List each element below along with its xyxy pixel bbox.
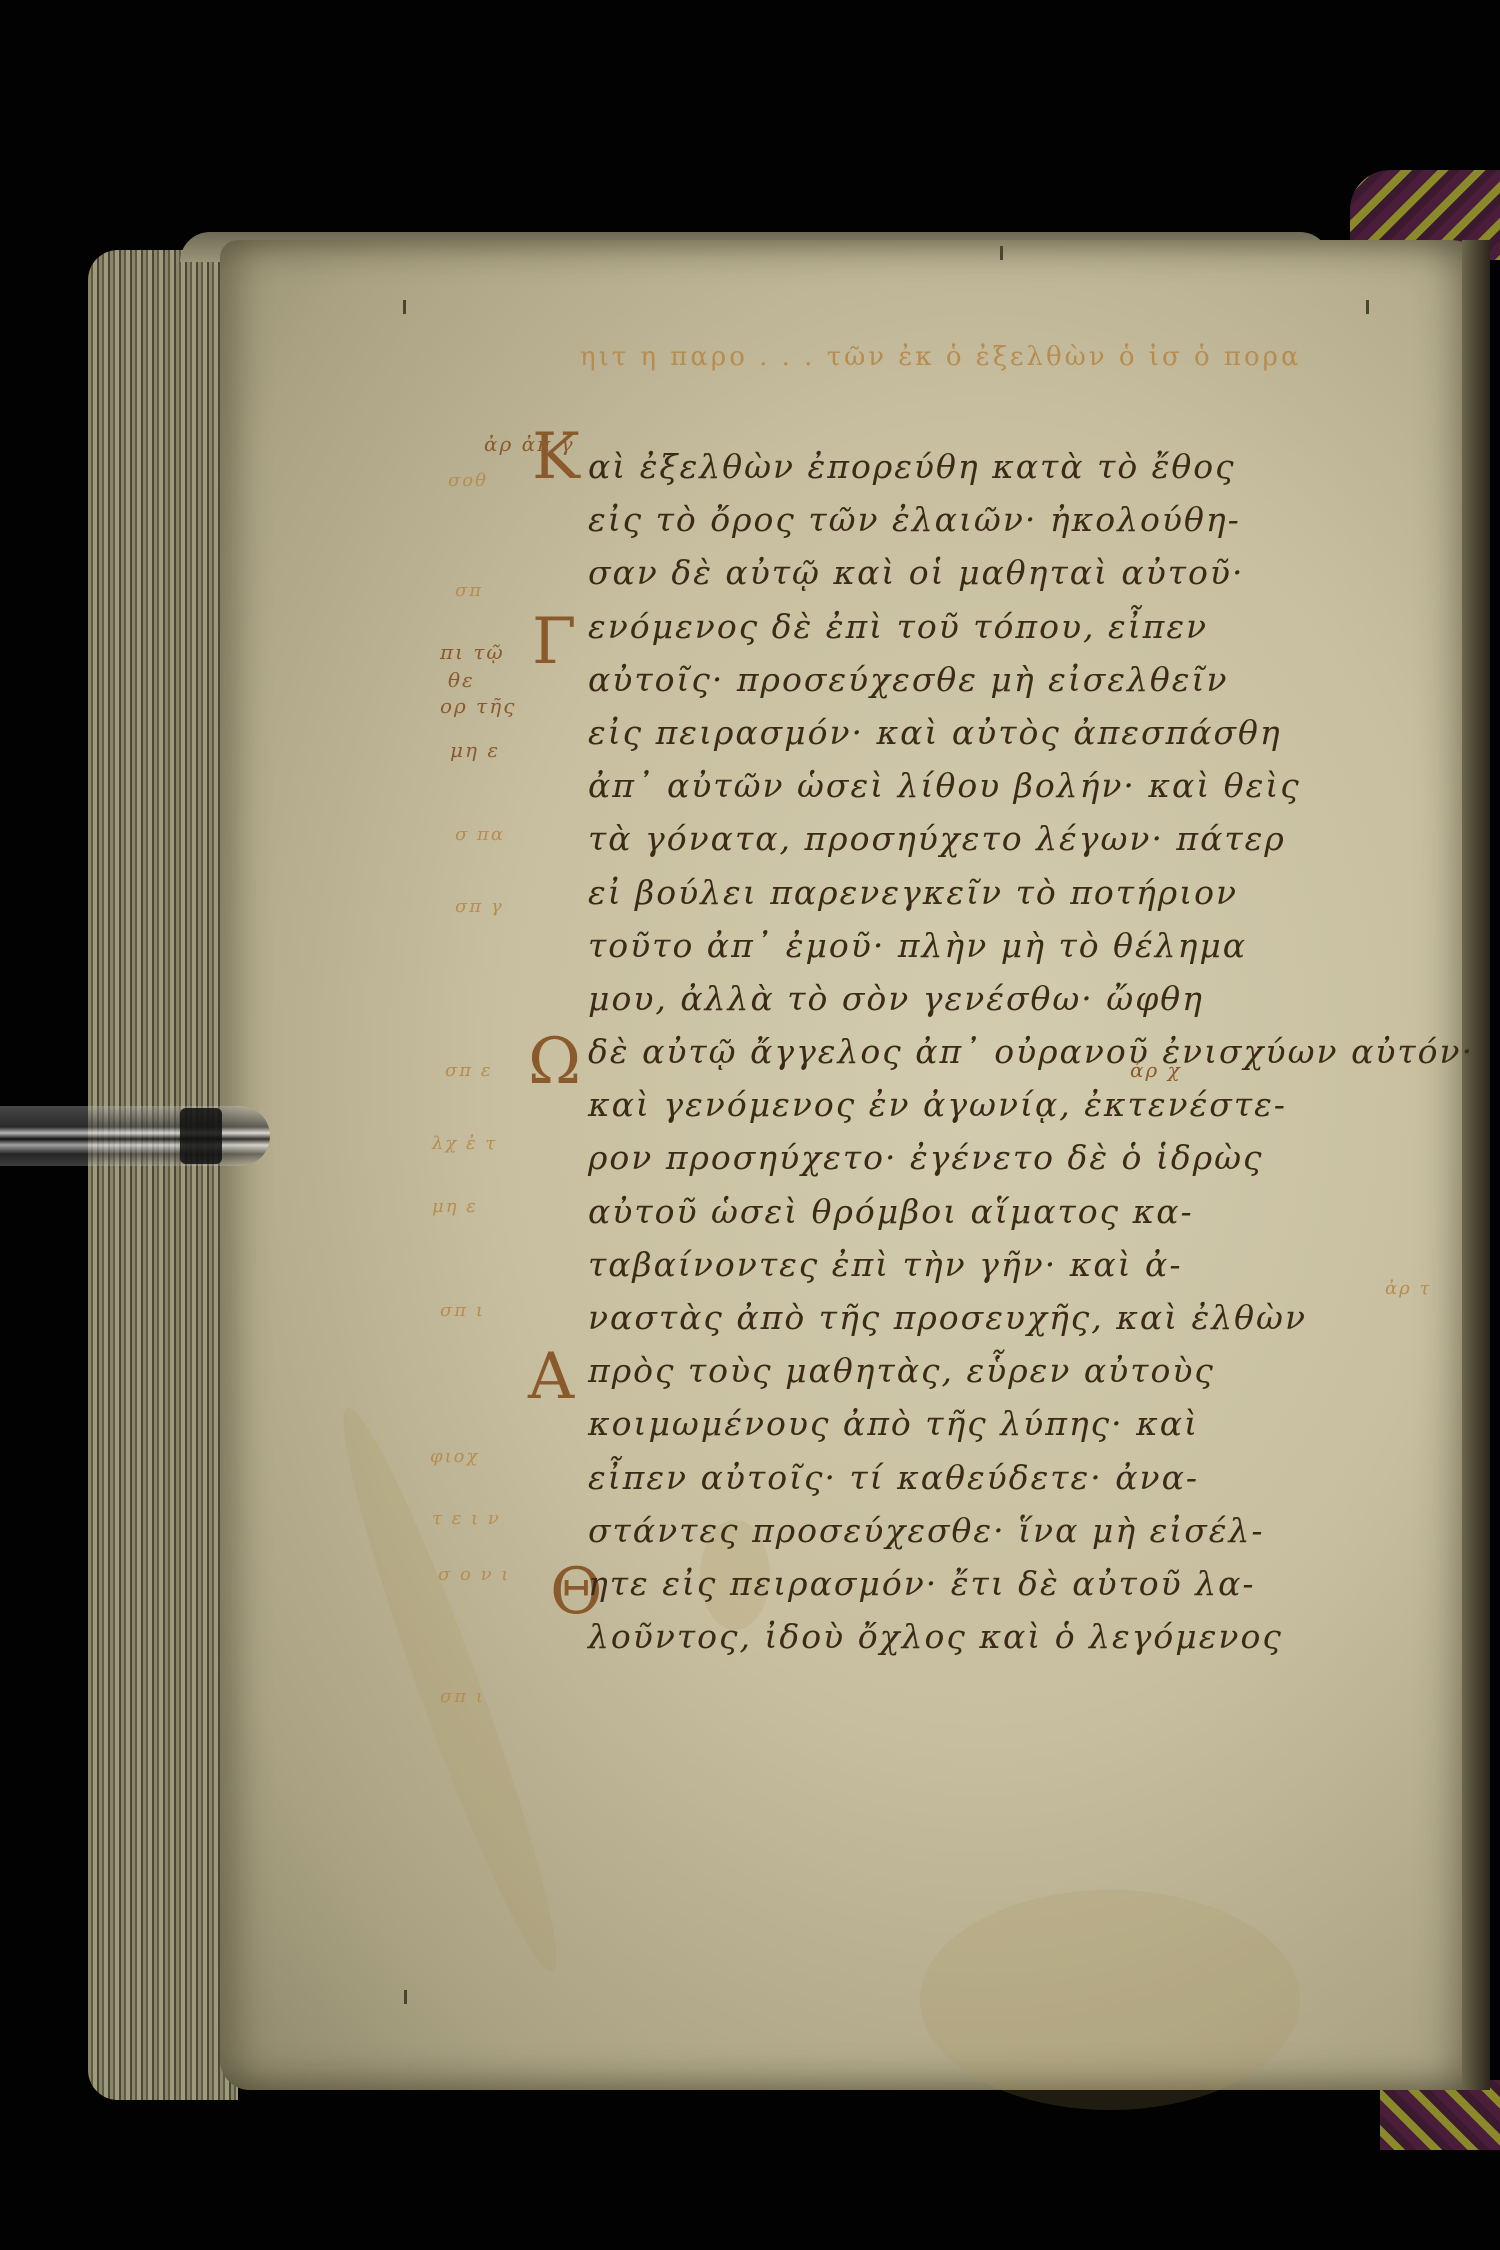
stain (920, 1890, 1300, 2110)
margin-note: τ ε ι ν (432, 1508, 501, 1529)
margin-note: ἀρ τ (1385, 1278, 1431, 1299)
margin-note: σ ο ν ι (438, 1564, 510, 1585)
text-line: λοῦντος, ἰδοὺ ὄχλος καὶ ὁ λεγόμενος (588, 1610, 1388, 1663)
text-line: ταβαίνοντες ἐπὶ τὴν γῆν· καὶ ἀ- (588, 1238, 1388, 1291)
initial-letter-omega: Ω (528, 1025, 581, 1099)
text-line: μου, ἀλλὰ τὸ σὸν γενέσθω· ὤφθη (588, 972, 1388, 1025)
margin-note: σ πα (455, 824, 505, 845)
rod-dark-band (180, 1108, 222, 1164)
text-line: καὶ γενόμενος ἐν ἀγωνίᾳ, ἐκτενέστε- (588, 1078, 1388, 1131)
text-line: αὐτοῖς· προσεύχεσθε μὴ εἰσελθεῖν (588, 653, 1388, 706)
initial-letter-gamma: Γ (532, 605, 576, 679)
text-line: τὰ γόνατα, προσηύχετο λέγων· πάτερ (588, 812, 1388, 865)
margin-note: ἀρ ἀπ γ (484, 432, 575, 456)
text-line: δὲ αὐτῷ ἄγγελος ἀπ᾽ οὐρανοῦ ἐνισχύων αὐτ… (588, 1025, 1388, 1078)
margin-note: σπ (455, 580, 483, 601)
text-line: αὐτοῦ ὡσεὶ θρόμβοι αἵματος κα- (588, 1185, 1388, 1238)
margin-note: θε (448, 668, 475, 692)
text-line: στάντες προσεύχεσθε· ἵνα μὴ εἰσέλ- (588, 1504, 1388, 1557)
pricking-mark (1366, 300, 1369, 314)
pricking-mark (403, 300, 406, 314)
margin-note: σπ ε (445, 1060, 493, 1081)
text-line: εἰ βούλει παρενεγκεῖν τὸ ποτήριον (588, 866, 1388, 919)
margin-note: λχ ἐ τ (432, 1133, 497, 1154)
main-text-column: αὶ ἐξελθὼν ἐπορεύθη κατὰ τὸ ἔθος εἰς τὸ … (588, 440, 1388, 1663)
margin-note: σπ ι (440, 1686, 485, 1707)
pricking-mark (1000, 246, 1003, 260)
text-line: ἀπ᾽ αὐτῶν ὡσεὶ λίθου βολήν· καὶ θεὶς (588, 759, 1388, 812)
margin-note: μη ε (450, 738, 500, 762)
text-line: τοῦτο ἀπ᾽ ἐμοῦ· πλὴν μὴ τὸ θέλημα (588, 919, 1388, 972)
text-line: σαν δὲ αὐτῷ καὶ οἱ μαθηταὶ αὐτοῦ· (588, 546, 1388, 599)
text-line: ητε εἰς πειρασμόν· ἔτι δὲ αὐτοῦ λα- (588, 1557, 1388, 1610)
page-gutter (1462, 240, 1490, 2090)
initial-letter-alpha: Α (528, 1340, 574, 1414)
text-line: αὶ ἐξελθὼν ἐπορεύθη κατὰ τὸ ἔθος (588, 440, 1388, 493)
margin-note: σπ ι (440, 1300, 485, 1321)
text-line: εἰς πειρασμόν· καὶ αὐτὸς ἀπεσπάσθη (588, 706, 1388, 759)
text-line: ενόμενος δὲ ἐπὶ τοῦ τόπου, εἶπεν (588, 600, 1388, 653)
margin-note: ορ τῆς (440, 694, 516, 718)
text-line: κοιμωμένους ἀπὸ τῆς λύπης· καὶ (588, 1397, 1388, 1450)
margin-note: πι τῷ (440, 640, 505, 664)
margin-note: ἀρ χ (1130, 1058, 1182, 1082)
margin-note: μη ε (432, 1196, 478, 1217)
margin-note: σπ γ (455, 896, 504, 917)
pricking-mark (404, 1990, 407, 2004)
text-line: εἰς τὸ ὄρος τῶν ἐλαιῶν· ἠκολούθη- (588, 493, 1388, 546)
text-line: ναστὰς ἀπὸ τῆς προσευχῆς, καὶ ἐλθὼν (588, 1291, 1388, 1344)
text-block-fore-edge (88, 250, 238, 2100)
text-line: ρον προσηύχετο· ἐγένετο δὲ ὁ ἱδρὼς (588, 1131, 1388, 1184)
running-header-note: ηιτ η παρο . . . τῶν ἐκ ὁ ἐξελθὼν ὁ ἰσ ὁ… (580, 342, 1302, 372)
glass-page-weight-rod (0, 1106, 270, 1166)
margin-note: φιοχ (430, 1446, 479, 1467)
textile-bookmark-bottom (1380, 2080, 1500, 2150)
text-line: πρὸς τοὺς μαθητὰς, εὗρεν αὐτοὺς (588, 1344, 1388, 1397)
margin-note: σοθ (448, 470, 488, 491)
text-line: εἶπεν αὐτοῖς· τί καθεύδετε· ἀνα- (588, 1451, 1388, 1504)
